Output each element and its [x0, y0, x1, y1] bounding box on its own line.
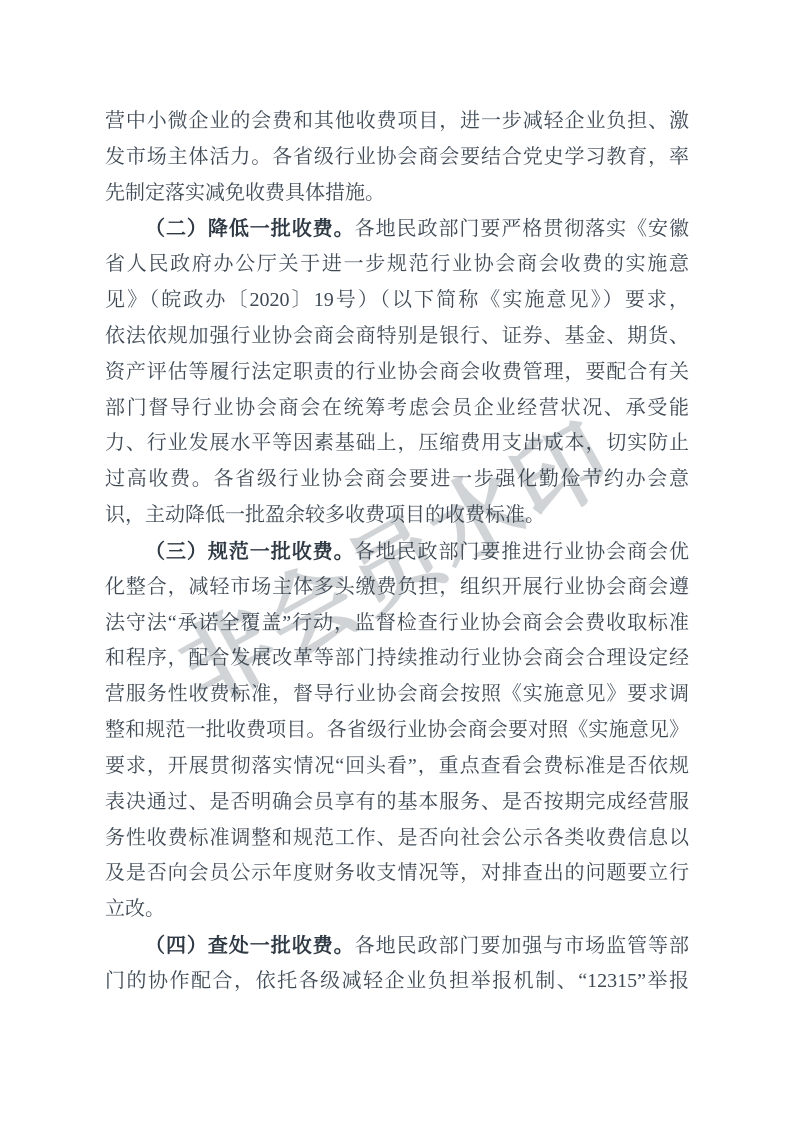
text-line: 部门督导行业协会商会在统筹考虑会员企业经营状况、承受能	[105, 391, 689, 427]
document-page: 非会员水印 营中小微企业的会费和其他收费项目，进一步减轻企业负担、激发市场主体活…	[0, 0, 793, 1123]
body-text: 识，主动降低一批盈余较多收费项目的收费标准。	[105, 504, 545, 526]
text-line: 法守法“承诺全覆盖”行动，监督检查行业协会商会会费收取标准	[105, 606, 689, 642]
body-text: 及是否向会员公示年度财务收支情况等，对排查出的问题要立行	[105, 862, 689, 884]
body-text: 发市场主体活力。各省级行业协会商会要结合党史学习教育，率	[105, 146, 689, 168]
text-line: 依法依规加强行业协会商会商特别是银行、证券、基金、期货、	[105, 319, 689, 355]
body-text: 务性收费标准调整和规范工作、是否向社会公示各类收费信息以	[105, 827, 689, 849]
text-line: （二）降低一批收费。各地民政部门要严格贯彻落实《安徽	[105, 211, 689, 247]
body-text: 省人民政府办公厅关于进一步规范行业协会商会收费的实施意	[105, 253, 689, 275]
text-line: 门的协作配合，依托各级减轻企业负担举报机制、“12315”举报	[105, 964, 689, 1000]
body-text: 资产评估等履行法定职责的行业协会商会收费管理，要配合有关	[105, 361, 689, 383]
body-text: 见》（皖政办〔2020〕19号）（以下简称《实施意见》）要求，	[105, 289, 689, 311]
body-text: 要求，开展贯彻落实情况“回头看”，重点查看会费标准是否依规	[105, 755, 689, 777]
body-text: 立改。	[105, 898, 165, 920]
text-line: 营服务性收费标准，督导行业协会商会按照《实施意见》要求调	[105, 677, 689, 713]
body-text: 法守法“承诺全覆盖”行动，监督检查行业协会商会会费收取标准	[105, 612, 689, 634]
text-line: 立改。	[105, 892, 689, 928]
text-line: 营中小微企业的会费和其他收费项目，进一步减轻企业负担、激	[105, 104, 689, 140]
body-text: 各地民政部门要加强与市场监管等部	[355, 935, 689, 957]
text-line: （四）查处一批收费。各地民政部门要加强与市场监管等部	[105, 928, 689, 964]
body-text: 依法依规加强行业协会商会商特别是银行、证券、基金、期货、	[105, 325, 689, 347]
body-text: 各地民政部门要推进行业协会商会优	[355, 541, 689, 563]
body-text: 营服务性收费标准，督导行业协会商会按照《实施意见》要求调	[105, 683, 689, 705]
text-line: 表决通过、是否明确会员享有的基本服务、是否按期完成经营服	[105, 785, 689, 821]
section-heading: （三）规范一批收费。	[145, 539, 355, 563]
text-line: 过高收费。各省级行业协会商会要进一步强化勤俭节约办会意	[105, 462, 689, 498]
section-heading: （二）降低一批收费。	[145, 216, 355, 240]
text-line: 先制定落实减免收费具体措施。	[105, 176, 689, 212]
body-text: 部门督导行业协会商会在统筹考虑会员企业经营状况、承受能	[105, 397, 689, 419]
text-line: 化整合，减轻市场主体多头缴费负担，组织开展行业协会商会遵	[105, 570, 689, 606]
text-line: 整和规范一批收费项目。各省级行业协会商会要对照《实施意见》	[105, 713, 689, 749]
document-body: 营中小微企业的会费和其他收费项目，进一步减轻企业负担、激发市场主体活力。各省级行…	[105, 104, 689, 1000]
body-text: 力、行业发展水平等因素基础上，压缩费用支出成本，切实防止	[105, 432, 689, 454]
text-line: 务性收费标准调整和规范工作、是否向社会公示各类收费信息以	[105, 821, 689, 857]
body-text: 各地民政部门要严格贯彻落实《安徽	[355, 218, 689, 240]
text-line: 识，主动降低一批盈余较多收费项目的收费标准。	[105, 498, 689, 534]
body-text: 和程序，配合发展改革等部门持续推动行业协会商会合理设定经	[105, 647, 689, 669]
body-text: 过高收费。各省级行业协会商会要进一步强化勤俭节约办会意	[105, 468, 689, 490]
text-line: 要求，开展贯彻落实情况“回头看”，重点查看会费标准是否依规	[105, 749, 689, 785]
body-text: 表决通过、是否明确会员享有的基本服务、是否按期完成经营服	[105, 791, 689, 813]
body-text: 先制定落实减免收费具体措施。	[105, 182, 385, 204]
section-heading: （四）查处一批收费。	[145, 933, 355, 957]
text-line: 力、行业发展水平等因素基础上，压缩费用支出成本，切实防止	[105, 426, 689, 462]
text-line: 发市场主体活力。各省级行业协会商会要结合党史学习教育，率	[105, 140, 689, 176]
text-line: 资产评估等履行法定职责的行业协会商会收费管理，要配合有关	[105, 355, 689, 391]
body-text: 整和规范一批收费项目。各省级行业协会商会要对照《实施意见》	[105, 719, 689, 741]
text-line: （三）规范一批收费。各地民政部门要推进行业协会商会优	[105, 534, 689, 570]
text-line: 和程序，配合发展改革等部门持续推动行业协会商会合理设定经	[105, 641, 689, 677]
text-line: 见》（皖政办〔2020〕19号）（以下简称《实施意见》）要求，	[105, 283, 689, 319]
body-text: 化整合，减轻市场主体多头缴费负担，组织开展行业协会商会遵	[105, 576, 689, 598]
body-text: 营中小微企业的会费和其他收费项目，进一步减轻企业负担、激	[105, 110, 689, 132]
body-text: 门的协作配合，依托各级减轻企业负担举报机制、“12315”举报	[105, 970, 689, 992]
text-line: 省人民政府办公厅关于进一步规范行业协会商会收费的实施意	[105, 247, 689, 283]
text-line: 及是否向会员公示年度财务收支情况等，对排查出的问题要立行	[105, 856, 689, 892]
